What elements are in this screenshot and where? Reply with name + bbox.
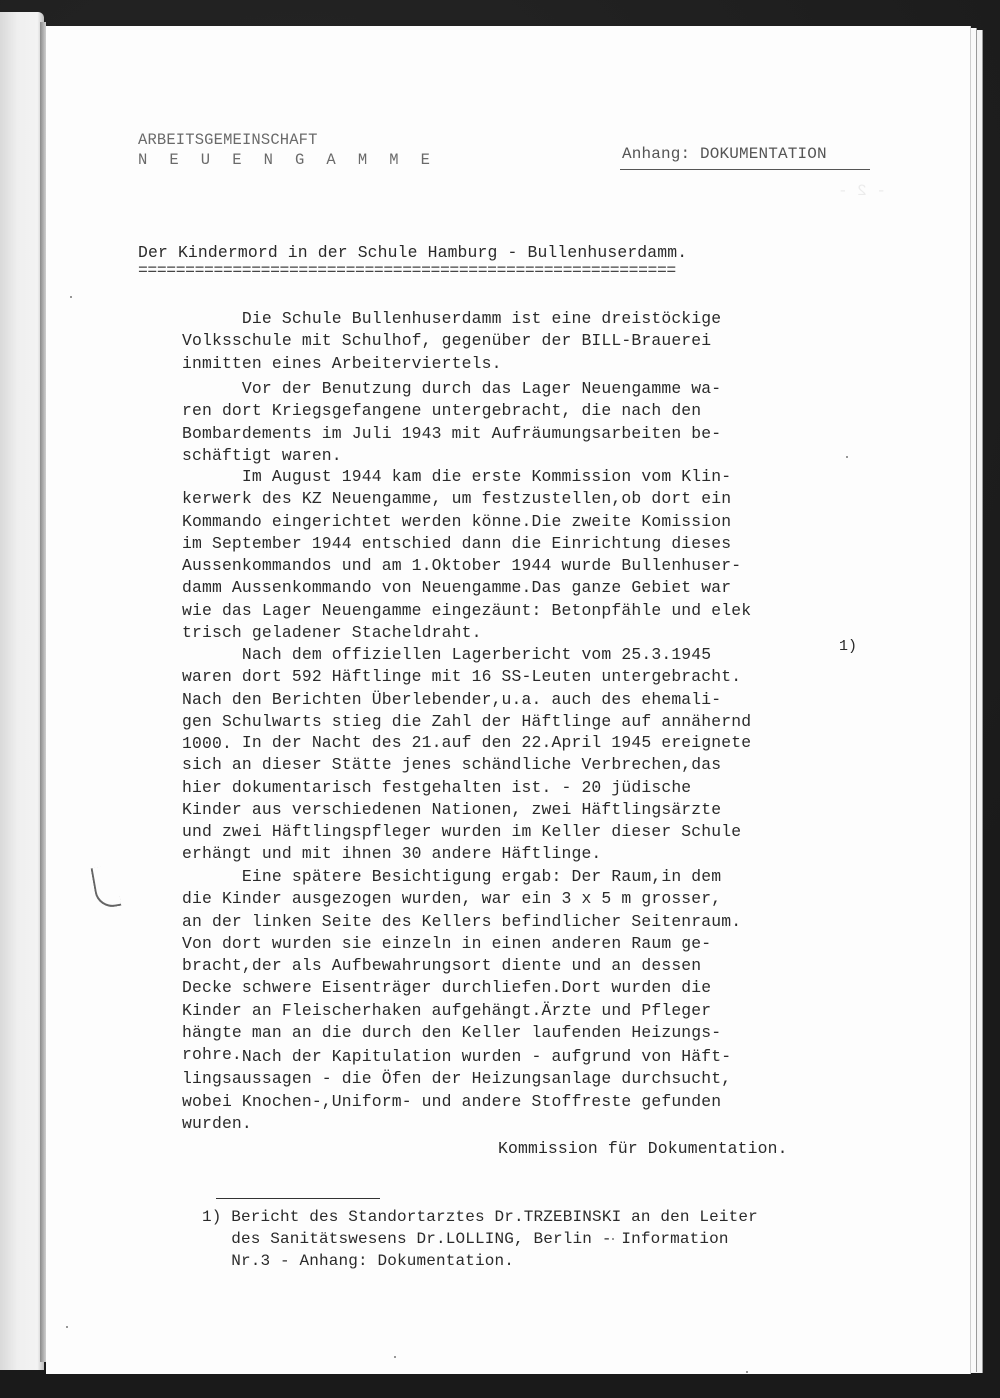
scan-speck — [746, 1371, 748, 1373]
footnote: 1) Bericht des Standortarztes Dr.TRZEBIN… — [202, 1206, 758, 1272]
text-line: an der linken Seite des Kellers befindli… — [182, 911, 741, 933]
text-line: Nach dem offiziellen Lagerbericht vom 25… — [182, 644, 751, 666]
paragraph-1: Die Schule Bullenhuserdamm ist eine drei… — [182, 308, 721, 375]
footnote-separator — [216, 1198, 380, 1199]
text-line: wobei Knochen-,Uniform- und andere Stoff… — [182, 1091, 731, 1113]
appendix-underline — [620, 169, 870, 170]
footnote-line: Nr.3 - Anhang: Dokumentation. — [202, 1250, 758, 1272]
text-line: und zwei Häftlingspfleger wurden im Kell… — [182, 821, 751, 843]
text-line: kerwerk des KZ Neuengamme, um festzustel… — [182, 488, 751, 510]
signature-line: Kommission für Dokumentation. — [498, 1138, 788, 1160]
text-line: bracht,der als Aufbewahrungsort diente u… — [182, 955, 741, 977]
paragraph-3: Im August 1944 kam die erste Kommission … — [182, 466, 751, 644]
paragraph-6: Eine spätere Besichtigung ergab: Der Rau… — [182, 866, 741, 1067]
scan-speck — [394, 1356, 396, 1358]
scan-speck — [66, 1326, 68, 1328]
text-line: Nach der Kapitulation wurden - aufgrund … — [182, 1046, 731, 1068]
footnote-line: des Sanitätswesens Dr.LOLLING, Berlin - … — [202, 1228, 758, 1250]
text-line: ren dort Kriegsgefangene untergebracht, … — [182, 400, 721, 422]
text-line: die Kinder ausgezogen wurden, war ein 3 … — [182, 888, 741, 910]
text-line: wurden. — [182, 1113, 731, 1135]
document-page: - 2 - ARBEITSGEMEINSCHAFTN E U E N G A M… — [46, 26, 970, 1374]
paragraph-2: Vor der Benutzung durch das Lager Neueng… — [182, 378, 721, 467]
text-line: Kinder an Fleischerhaken aufgehängt.Ärzt… — [182, 1000, 741, 1022]
text-line: Eine spätere Besichtigung ergab: Der Rau… — [182, 866, 741, 888]
text-line: wie das Lager Neuengamme eingezäunt: Bet… — [182, 600, 751, 622]
text-line: Bombardements im Juli 1943 mit Aufräumun… — [182, 423, 721, 445]
text-line: Vor der Benutzung durch das Lager Neueng… — [182, 378, 721, 400]
organization-location: N E U E N G A M M E — [138, 150, 436, 170]
text-line: hängte man an die durch den Keller laufe… — [182, 1022, 741, 1044]
text-line: hier dokumentarisch festgehalten ist. - … — [182, 777, 751, 799]
text-line: erhängt und mit ihnen 30 andere Häftling… — [182, 843, 751, 865]
scan-speck — [612, 1238, 614, 1240]
scan-speck — [846, 456, 848, 458]
text-line: sich an dieser Stätte jenes schändliche … — [182, 754, 751, 776]
text-line: trisch geladener Stacheldraht. — [182, 622, 751, 644]
text-line: lingsaussagen - die Öfen der Heizungsanl… — [182, 1068, 731, 1090]
appendix-label: Anhang: DOKUMENTATION — [622, 143, 827, 165]
text-line: waren dort 592 Häftlinge mit 16 SS-Leute… — [182, 666, 751, 688]
paragraph-5: In der Nacht des 21.auf den 22.April 194… — [182, 732, 751, 866]
organization-name: ARBEITSGEMEINSCHAFT — [138, 130, 436, 150]
organization-header: ARBEITSGEMEINSCHAFTN E U E N G A M M E — [138, 130, 436, 170]
text-line: damm Aussenkommando von Neuengamme.Das g… — [182, 577, 751, 599]
text-line: Im August 1944 kam die erste Kommission … — [182, 466, 751, 488]
text-line: Nach den Berichten Überlebender,u.a. auc… — [182, 689, 751, 711]
bleed-page-number: - 2 - — [838, 182, 886, 200]
previous-page-edge — [0, 12, 44, 1370]
scan-speck — [70, 296, 72, 298]
footnote-reference: 1) — [839, 638, 857, 655]
text-line: inmitten eines Arbeiterviertels. — [182, 353, 721, 375]
pencil-margin-mark — [91, 864, 122, 910]
text-line: Die Schule Bullenhuserdamm ist eine drei… — [182, 308, 721, 330]
text-line: im September 1944 entschied dann die Ein… — [182, 533, 751, 555]
text-line: Volksschule mit Schulhof, gegenüber der … — [182, 330, 721, 352]
footnote-line: 1) Bericht des Standortarztes Dr.TRZEBIN… — [202, 1206, 758, 1228]
paragraph-7: Nach der Kapitulation wurden - aufgrund … — [182, 1046, 731, 1135]
text-line: Kommando eingerichtet werden könne.Die z… — [182, 511, 751, 533]
text-line: Von dort wurden sie einzeln in einen and… — [182, 933, 741, 955]
text-line: Aussenkommandos und am 1.Oktober 1944 wu… — [182, 555, 751, 577]
text-line: gen Schulwarts stieg die Zahl der Häftli… — [182, 711, 751, 733]
text-line: In der Nacht des 21.auf den 22.April 194… — [182, 732, 751, 754]
text-line: schäftigt waren. — [182, 445, 721, 467]
text-line: Kinder aus verschiedenen Nationen, zwei … — [182, 799, 751, 821]
text-line: Decke schwere Eisenträger durchliefen.Do… — [182, 977, 741, 999]
title-double-underline: ========================================… — [138, 260, 676, 282]
